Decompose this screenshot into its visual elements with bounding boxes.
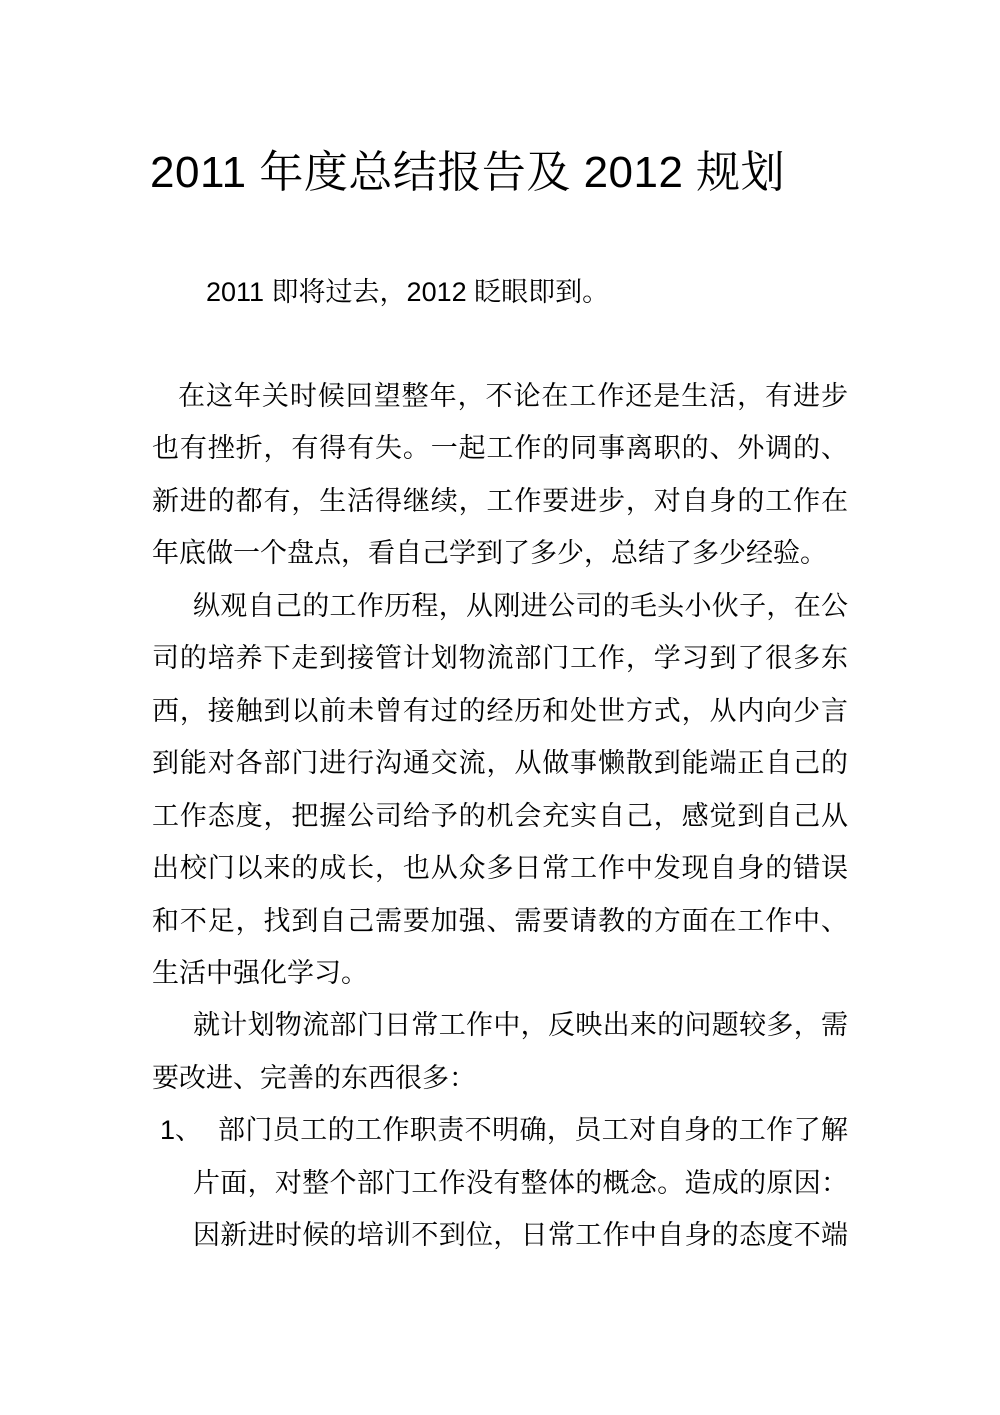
document-title: 2011 年度总结报告及 2012 规划 — [150, 143, 785, 203]
body-line: 因新进时候的培训不到位，日常工作中自身的态度不端 — [152, 1209, 848, 1261]
list-item-text: 部门员工的工作职责不明确，员工对自身的工作了解 — [218, 1115, 848, 1145]
list-item-number: 1、 — [160, 1104, 202, 1156]
body-line: 到能对各部门进行沟通交流，从做事懒散到能端正自己的 — [152, 737, 848, 789]
body-line: 年底做一个盘点，看自己学到了多少，总结了多少经验。 — [152, 527, 848, 579]
body-line: 司的培养下走到接管计划物流部门工作，学习到了很多东 — [152, 632, 848, 684]
body-line: 片面，对整个部门工作没有整体的概念。造成的原因： — [152, 1157, 848, 1209]
intro-paragraph: 2011 即将过去，2012 眨眼即到。 — [152, 266, 848, 318]
body-line: 要改进、完善的东西很多： — [152, 1052, 848, 1104]
body-line: 也有挫折，有得有失。一起工作的同事离职的、外调的、 — [152, 422, 848, 474]
body-line: 就计划物流部门日常工作中，反映出来的问题较多，需 — [152, 999, 848, 1051]
list-item-line: 1、部门员工的工作职责不明确，员工对自身的工作了解 — [152, 1104, 848, 1156]
body-line: 纵观自己的工作历程，从刚进公司的毛头小伙子，在公 — [152, 580, 848, 632]
body-line: 生活中强化学习。 — [152, 947, 848, 999]
body-line: 西，接触到以前未曾有过的经历和处世方式，从内向少言 — [152, 685, 848, 737]
body-line: 工作态度，把握公司给予的机会充实自己，感觉到自己从 — [152, 790, 848, 842]
body-line: 在这年关时候回望整年，不论在工作还是生活，有进步 — [152, 370, 848, 422]
body-line: 新进的都有，生活得继续，工作要进步，对自身的工作在 — [152, 475, 848, 527]
body-line: 出校门以来的成长，也从众多日常工作中发现自身的错误 — [152, 842, 848, 894]
body-line: 和不足，找到自己需要加强、需要请教的方面在工作中、 — [152, 895, 848, 947]
document-page: 2011 年度总结报告及 2012 规划 2011 即将过去，2012 眨眼即到… — [0, 0, 1000, 1415]
document-body: 在这年关时候回望整年，不论在工作还是生活，有进步 也有挫折，有得有失。一起工作的… — [152, 370, 848, 1262]
